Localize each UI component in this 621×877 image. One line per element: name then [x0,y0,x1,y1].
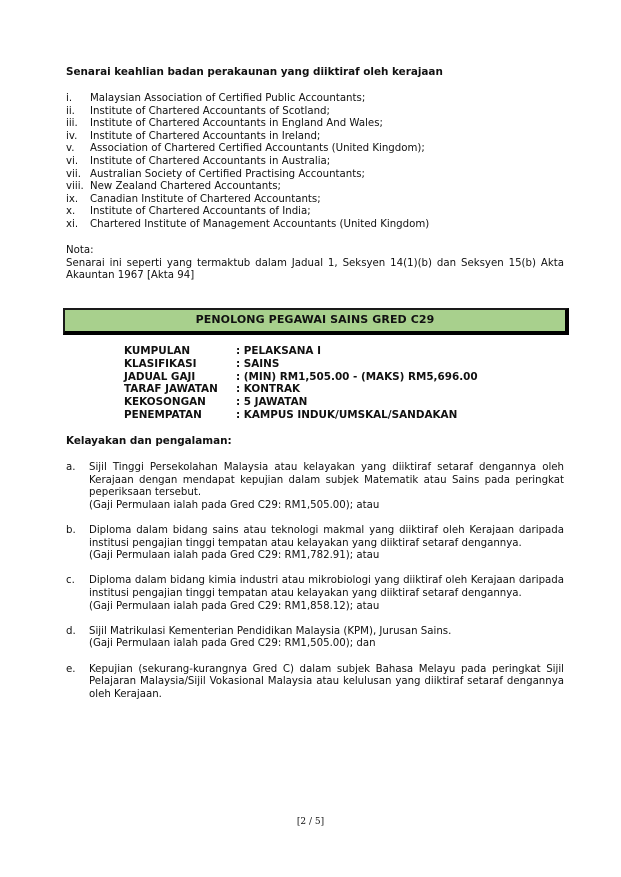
list-item-text: Malaysian Association of Certified Publi… [90,93,365,106]
list-item-text: Institute of Chartered Accountants of Sc… [90,106,330,119]
detail-key: PENEMPATAN [124,409,236,422]
list-item-number: vi. [66,156,90,169]
list-item-number: xi. [66,219,90,232]
qualification-text: Kepujian (sekurang-kurangnya Gred C) dal… [89,664,564,702]
document-page: Senarai keahlian badan perakaunan yang d… [0,0,621,877]
detail-row: JADUAL GAJI: (MIN) RM1,505.00 - (MAKS) R… [124,371,478,384]
list-item-text: Institute of Chartered Accountants of In… [90,206,311,219]
list-item-number: ix. [66,194,90,207]
qualification-item: c. Diploma dalam bidang kimia industri a… [66,575,564,613]
page-number: [2 / 5] [0,816,621,829]
qualification-text: Diploma dalam bidang sains atau teknolog… [89,525,564,550]
list-item-text: New Zealand Chartered Accountants; [90,181,281,194]
qualification-salary: (Gaji Permulaan ialah pada Gred C29: RM1… [89,638,564,651]
list-item-number: x. [66,206,90,219]
qualification-letter: d. [66,626,89,651]
list-item: vi.Institute of Chartered Accountants in… [66,156,429,169]
list-item-text: Institute of Chartered Accountants in Ir… [90,131,320,144]
detail-value: : KONTRAK [236,383,300,396]
list-item: xi.Chartered Institute of Management Acc… [66,219,429,232]
list-item: x.Institute of Chartered Accountants of … [66,206,429,219]
qualification-item: a. Sijil Tinggi Persekolahan Malaysia at… [66,462,564,512]
qualification-item: e. Kepujian (sekurang-kurangnya Gred C) … [66,664,564,702]
detail-row: TARAF JAWATAN: KONTRAK [124,383,478,396]
detail-key: TARAF JAWATAN [124,383,236,396]
qualifications-list: a. Sijil Tinggi Persekolahan Malaysia at… [66,462,564,714]
list-item-number: viii. [66,181,90,194]
qualification-letter: b. [66,525,89,563]
list-item-number: v. [66,143,90,156]
detail-key: KLASIFIKASI [124,358,236,371]
detail-value: : 5 JAWATAN [236,396,307,409]
list-item-number: iv. [66,131,90,144]
qualification-salary: (Gaji Permulaan ialah pada Gred C29: RM1… [89,601,564,614]
detail-row: PENEMPATAN: KAMPUS INDUK/UMSKAL/SANDAKAN [124,409,478,422]
list-item: ii.Institute of Chartered Accountants of… [66,106,429,119]
detail-row: KEKOSONGAN: 5 JAWATAN [124,396,478,409]
note-label: Nota: [66,245,564,258]
list-item-text: Canadian Institute of Chartered Accounta… [90,194,321,207]
detail-value: : SAINS [236,358,279,371]
qualification-salary: (Gaji Permulaan ialah pada Gred C29: RM1… [89,550,564,563]
list-item-number: iii. [66,118,90,131]
detail-key: JADUAL GAJI [124,371,236,384]
list-item: ix.Canadian Institute of Chartered Accou… [66,194,429,207]
qualification-salary: (Gaji Permulaan ialah pada Gred C29: RM1… [89,500,564,513]
position-details: KUMPULAN: PELAKSANA I KLASIFIKASI: SAINS… [124,345,478,422]
position-title: PENOLONG PEGAWAI SAINS GRED C29 [196,314,435,327]
list-item: i.Malaysian Association of Certified Pub… [66,93,429,106]
qualification-item: b. Diploma dalam bidang sains atau tekno… [66,525,564,563]
list-item-text: Association of Chartered Certified Accou… [90,143,425,156]
qualification-text: Sijil Matrikulasi Kementerian Pendidikan… [89,626,564,639]
qualification-letter: a. [66,462,89,512]
list-item-text: Institute of Chartered Accountants in En… [90,118,383,131]
detail-row: KUMPULAN: PELAKSANA I [124,345,478,358]
list-item-number: i. [66,93,90,106]
position-title-banner: PENOLONG PEGAWAI SAINS GRED C29 [63,308,569,335]
qualification-text: Diploma dalam bidang kimia industri atau… [89,575,564,600]
list-item-number: vii. [66,169,90,182]
qualification-letter: c. [66,575,89,613]
qualification-text: Sijil Tinggi Persekolahan Malaysia atau … [89,462,564,500]
note-block: Nota: Senarai ini seperti yang termaktub… [66,245,564,283]
list-item-text: Chartered Institute of Management Accoun… [90,219,429,232]
accounting-bodies-list: i.Malaysian Association of Certified Pub… [66,93,429,232]
qualification-item: d. Sijil Matrikulasi Kementerian Pendidi… [66,626,564,651]
list-item-text: Institute of Chartered Accountants in Au… [90,156,330,169]
list-item-text: Australian Society of Certified Practisi… [90,169,365,182]
list-item: v.Association of Chartered Certified Acc… [66,143,429,156]
list-item: vii.Australian Society of Certified Prac… [66,169,429,182]
note-text: Senarai ini seperti yang termaktub dalam… [66,258,564,283]
list-item: viii.New Zealand Chartered Accountants; [66,181,429,194]
detail-key: KUMPULAN [124,345,236,358]
detail-value: : (MIN) RM1,505.00 - (MAKS) RM5,696.00 [236,371,478,384]
list-item: iii.Institute of Chartered Accountants i… [66,118,429,131]
detail-value: : PELAKSANA I [236,345,321,358]
qualification-letter: e. [66,664,89,702]
accounting-bodies-heading: Senarai keahlian badan perakaunan yang d… [66,66,443,79]
detail-row: KLASIFIKASI: SAINS [124,358,478,371]
detail-value: : KAMPUS INDUK/UMSKAL/SANDAKAN [236,409,457,422]
list-item-number: ii. [66,106,90,119]
list-item: iv.Institute of Chartered Accountants in… [66,131,429,144]
detail-key: KEKOSONGAN [124,396,236,409]
qualifications-heading: Kelayakan dan pengalaman: [66,435,232,448]
